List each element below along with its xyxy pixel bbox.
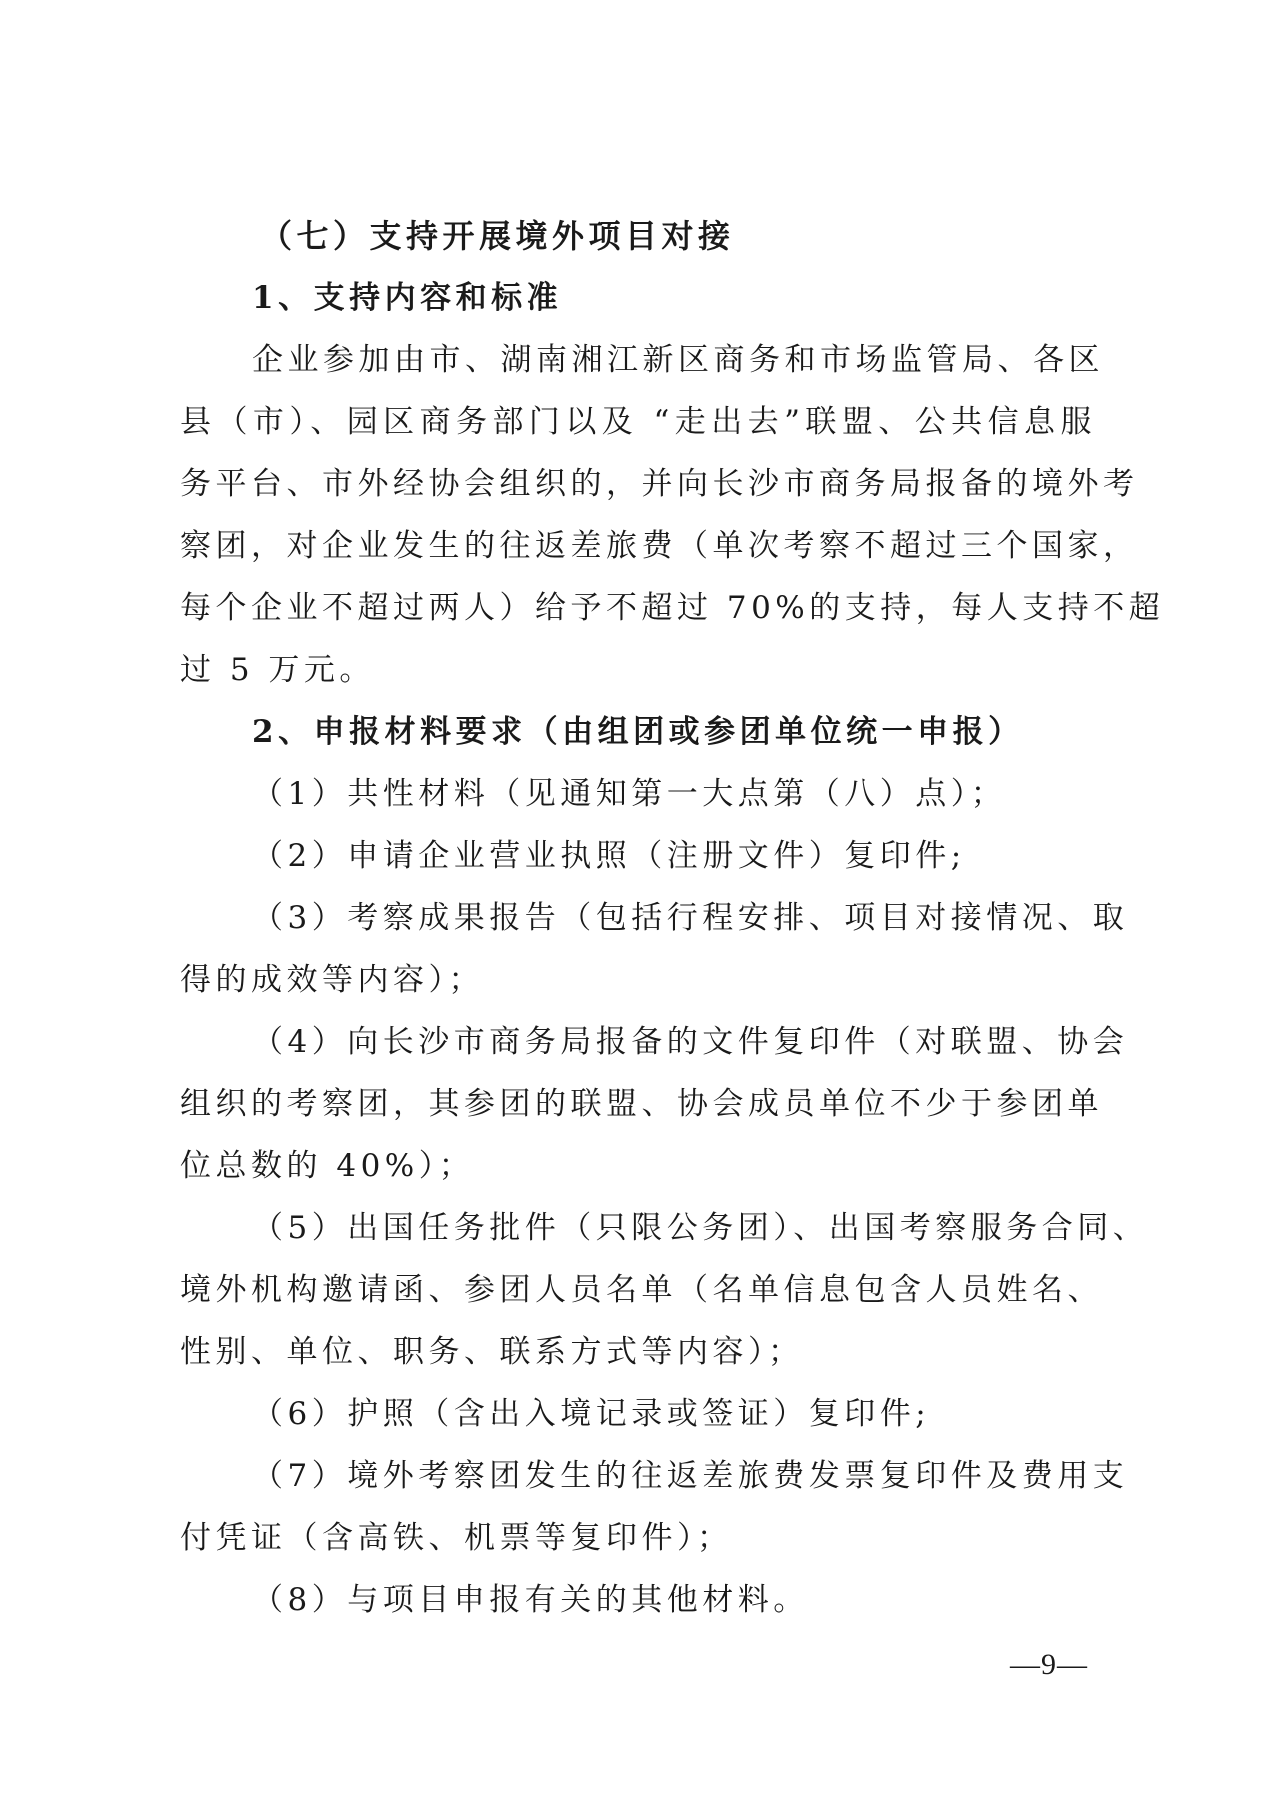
list-item-4-cont: 组织的考察团，其参团的联盟、协会成员单位不少于参团单: [180, 1073, 1096, 1135]
list-item-8: （8）与项目申报有关的其他材料。: [180, 1569, 1096, 1631]
paragraph-line: 企业参加由市、湖南湘江新区商务和市场监管局、各区: [180, 329, 1096, 391]
paragraph-line: 过 5 万元。: [180, 639, 1096, 701]
subsection-heading-2: 2、申报材料要求（由组团或参团单位统一申报）: [180, 701, 1096, 763]
paragraph-line: 察团，对企业发生的往返差旅费（单次考察不超过三个国家，: [180, 515, 1096, 577]
list-item-5-cont: 性别、单位、职务、联系方式等内容）；: [180, 1321, 1096, 1383]
list-item-4: （4）向长沙市商务局报备的文件复印件（对联盟、协会: [180, 1011, 1096, 1073]
section-heading: （七）支持开展境外项目对接: [180, 205, 1096, 267]
list-item-7: （7）境外考察团发生的往返差旅费发票复印件及费用支: [180, 1445, 1096, 1507]
list-item-5: （5）出国任务批件（只限公务团）、出国考察服务合同、: [180, 1197, 1096, 1259]
paragraph-line: 县（市）、园区商务部门以及 “走出去”联盟、公共信息服: [180, 391, 1096, 453]
list-item-3: （3）考察成果报告（包括行程安排、项目对接情况、取: [180, 887, 1096, 949]
list-item-4-cont: 位总数的 40%）；: [180, 1135, 1096, 1197]
paragraph-line: 每个企业不超过两人）给予不超过 70%的支持，每人支持不超: [180, 577, 1096, 639]
list-item-6: （6）护照（含出入境记录或签证）复印件;: [180, 1383, 1096, 1445]
subsection-heading-1: 1、支持内容和标准: [180, 267, 1096, 329]
list-item-1: （1）共性材料（见通知第一大点第（八）点）；: [180, 763, 1096, 825]
list-item-3-cont: 得的成效等内容）；: [180, 949, 1096, 1011]
list-item-5-cont: 境外机构邀请函、参团人员名单（名单信息包含人员姓名、: [180, 1259, 1096, 1321]
page-number: —9—: [1010, 1648, 1088, 1682]
list-item-2: （2）申请企业营业执照（注册文件）复印件;: [180, 825, 1096, 887]
list-item-7-cont: 付凭证（含高铁、机票等复印件）；: [180, 1507, 1096, 1569]
paragraph-line: 务平台、市外经协会组织的，并向长沙市商务局报备的境外考: [180, 453, 1096, 515]
document-page: （七）支持开展境外项目对接 1、支持内容和标准 企业参加由市、湖南湘江新区商务和…: [180, 205, 1096, 1631]
